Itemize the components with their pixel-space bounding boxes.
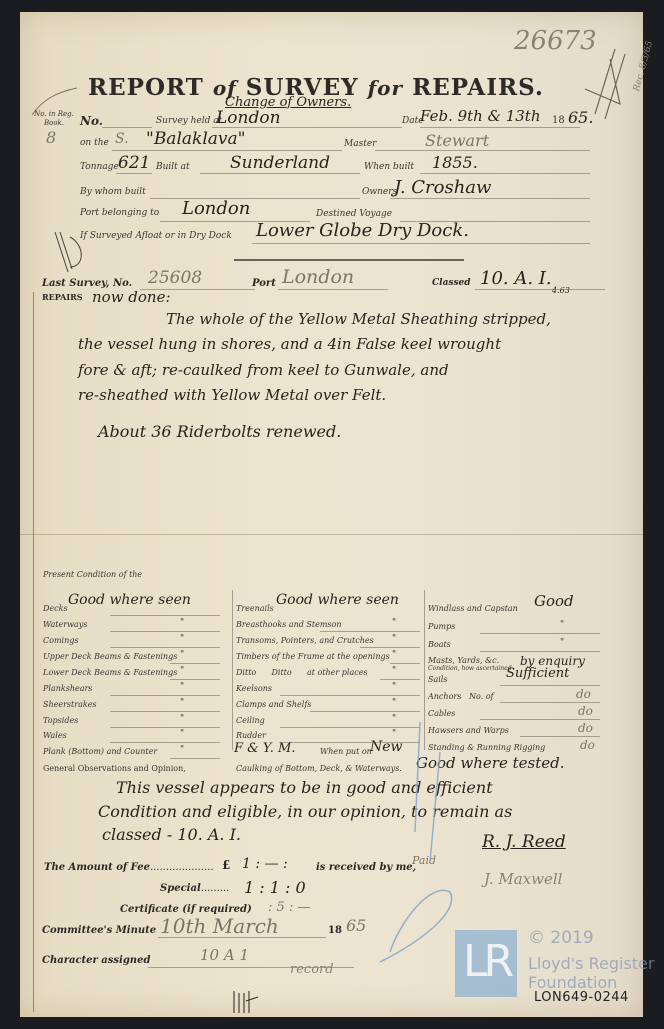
page-fold-line [20, 534, 643, 535]
initials-scribble-icon [50, 227, 90, 277]
ditto-mark: " [180, 634, 184, 644]
signature-maxwell: J. Maxwell [484, 870, 562, 888]
pound-symbol: £ [222, 858, 230, 872]
ditto-mark: " [560, 638, 564, 648]
last-port-label: Port [252, 278, 276, 289]
condition-value-anchors: do [576, 687, 591, 701]
on-the-label: on the [80, 138, 109, 148]
condition-label-comings: Comings [43, 636, 78, 645]
master-value: Stewart [425, 131, 489, 150]
condition-label-rudder: Rudder [236, 731, 266, 740]
fee-amount-label: The Amount of Fee.................... [44, 862, 214, 873]
ditto-mark: " [180, 745, 184, 755]
survey-held-label: Survey held at [156, 116, 222, 126]
condition-label-decks: Decks [43, 604, 68, 613]
date-value: Feb. 9th & 13th [420, 107, 541, 125]
condition-label-windlass: Windlass and Capstan [428, 604, 518, 613]
character-assigned-value: 10 A 1 [200, 946, 249, 964]
classed-value: 10. A. I. [480, 268, 552, 289]
condition-label-plankshears: Plankshears [43, 684, 92, 693]
no-label: No. [80, 114, 103, 128]
survey-held-value: London [216, 108, 281, 128]
ditto-mark: " [392, 650, 396, 660]
condition-label-lower-deck-beams: Lower Deck Beams & Fastenings [43, 668, 177, 677]
condition-value-sails: Sufficient [506, 666, 569, 681]
condition-label-keelsons: Keelsons [236, 684, 272, 693]
condition-label-topsides: Topsides [43, 716, 78, 725]
ditto-mark: " [180, 682, 184, 692]
ditto-mark: " [392, 618, 396, 628]
condition-label-transoms: Transoms, Pointers, and Crutches [236, 636, 374, 645]
repairs-label: REPAIRS [42, 292, 83, 302]
condition-label-plank-bottom: Plank (Bottom) and Counter [43, 747, 157, 756]
ship-prefix: S. [115, 131, 129, 147]
port-belonging-value: London [182, 198, 250, 219]
repairs-line-1: now done: [92, 288, 171, 306]
catalogue-reference: LON649-0244 [534, 990, 629, 1005]
condition-value-hawsers: do [578, 721, 593, 735]
ditto-mark: " [392, 698, 396, 708]
condition-label-treenails: Treenails [236, 604, 274, 613]
repairs-line-5: re-sheathed with Yellow Metal over Felt. [78, 386, 386, 404]
condition-label-sheerstrakes: Sheerstrakes [43, 700, 97, 709]
condition-how-ascertained-label: Condition, how ascertained [428, 665, 512, 672]
repairs-line-4: fore & aft; re-caulked from keel to Gunw… [78, 361, 449, 379]
metal-sheathing-value: F & Y. M. [234, 741, 295, 756]
year-prefix: 18 [552, 115, 565, 126]
condition-value-cables: do [578, 704, 593, 718]
reg-book-label: No. in Reg. Book. [34, 110, 74, 128]
when-built-value: 1855. [432, 153, 478, 172]
built-at-label: Built at [156, 162, 190, 172]
tonnage-label: Tonnage [80, 162, 119, 172]
repairs-line-3: the vessel hung in shores, and a 4in Fal… [78, 335, 501, 353]
when-built-label: When built [364, 162, 414, 172]
blue-crayon-mark-icon [360, 712, 470, 972]
condition-label-sails: Sails [428, 675, 447, 684]
certificate-fee-value: : 5 : — [268, 900, 310, 915]
ditto-mark: " [560, 620, 564, 630]
owners-label: Owners [362, 187, 397, 197]
repairs-line-6: About 36 Riderbolts renewed. [98, 422, 341, 441]
last-port-value: London [282, 266, 354, 288]
condition-label-wales: Wales [43, 731, 67, 740]
master-label: Master [344, 139, 376, 149]
special-fee-label: Special......... [160, 883, 229, 894]
surveyed-dock-value: Lower Globe Dry Dock. [256, 220, 469, 241]
ditto-mark: " [180, 714, 184, 724]
committee-minute-label: Committee's Minute [42, 925, 156, 936]
ditto-mark: " [180, 698, 184, 708]
destined-voyage-label: Destined Voyage [316, 209, 392, 219]
condition-value-windlass: Good [534, 592, 574, 610]
observations-label: General Observations and Opinion, [43, 764, 186, 773]
tally-mark-icon [230, 987, 260, 1017]
condition-label-breasthooks: Breasthooks and Stemson [236, 620, 341, 629]
condition-label-pumps: Pumps [428, 622, 455, 631]
ditto-mark: " [180, 618, 184, 628]
surveyed-dock-label: If Surveyed Afloat or in Dry Dock [80, 231, 232, 241]
ditto-mark: " [392, 666, 396, 676]
record-note: record [290, 962, 334, 977]
special-fee-value: 1 : 1 : 0 [244, 878, 306, 897]
classed-label: Classed [432, 278, 471, 288]
left-margin-rule [33, 292, 34, 1012]
character-assigned-label: Character assigned [42, 955, 150, 966]
condition-label-timbers-openings: Timbers of the Frame at the openings [236, 652, 390, 661]
watermark-copyright: © 2019 [528, 928, 594, 948]
year-value: 65. [568, 108, 593, 127]
classed-sub: 4.63 [552, 286, 570, 295]
opinion-line-3: classed - 10. A. I. [102, 825, 241, 844]
ditto-mark: " [180, 650, 184, 660]
condition-label-clamps: Clamps and Shelfs [236, 700, 311, 709]
committee-minute-value: 10th March [160, 914, 279, 938]
condition-label-masts: Masts, Yards, &c. [428, 656, 499, 665]
port-belonging-label: Port belonging to [80, 208, 159, 218]
ditto-mark: " [392, 682, 396, 692]
tonnage-value: 621 [118, 153, 150, 173]
ditto-mark: " [392, 634, 396, 644]
ditto-mark: " [180, 729, 184, 739]
last-survey-value: 25608 [148, 268, 202, 288]
received-margin-note: Rec. 8/3/65 [632, 40, 655, 93]
repairs-line-2: The whole of the Yellow Metal Sheathing … [166, 310, 551, 328]
condition-label-ceiling: Ceiling [236, 716, 265, 725]
ship-name: "Balaklava" [146, 129, 245, 149]
watermark-org-line1: Lloyd's Register [528, 954, 654, 973]
condition-label-waterways: Waterways [43, 620, 87, 629]
condition-value-decks: Good where seen [68, 592, 191, 608]
fee-amount-value: 1 : — : [242, 856, 288, 872]
ditto-mark: " [180, 666, 184, 676]
condition-label-boats: Boats [428, 640, 451, 649]
condition-value-treenails: Good where seen [276, 592, 399, 608]
condition-label-anchors: Anchors No. of [428, 692, 493, 701]
reg-book-value: 8 [46, 128, 56, 147]
by-whom-built-label: By whom built [80, 187, 146, 197]
condition-heading: Present Condition of the [43, 570, 142, 579]
built-at-value: Sunderland [230, 153, 330, 173]
condition-label-timbers-other: Ditto Ditto at other places [236, 668, 368, 677]
owners-value: J. Croshaw [394, 177, 491, 198]
minute-year-prefix: 18 [328, 925, 342, 936]
signature-reed: R. J. Reed [482, 832, 566, 852]
condition-value-rigging: do [580, 738, 595, 752]
survey-document-page: 26673 Rec. 8/3/65 REPORT of SURVEY for R… [20, 12, 643, 1017]
condition-label-upper-deck-beams: Upper Deck Beams & Fastenings [43, 652, 177, 661]
lr-logo: LR [455, 930, 517, 997]
